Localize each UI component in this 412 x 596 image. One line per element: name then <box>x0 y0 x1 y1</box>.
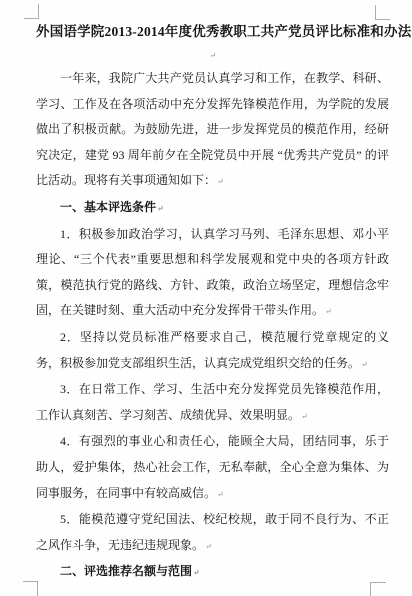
paragraph-mark-icon: ↵ <box>216 482 224 508</box>
paragraph-mark-icon: ↵ <box>324 299 332 325</box>
crop-mark-top-right <box>375 5 390 20</box>
document-paragraphs: 一年来，我院广大共产党员认真学习和工作，在教学、科研、学习、工作及在各项活动中充… <box>36 66 389 586</box>
paragraph-mark-icon: ↵ <box>204 534 212 560</box>
paragraph-mark-icon: ↵ <box>300 404 308 430</box>
document-page: 外国语学院2013-2014年度优秀教职工共产党员评比标准和办法 ↵ 一年来，我… <box>0 0 412 596</box>
paragraph-mark-icon: ↵ <box>360 352 368 378</box>
section-heading: 一、基本评选条件↵ <box>36 195 389 222</box>
document-text-area: 外国语学院2013-2014年度优秀教职工共产党员评比标准和办法 ↵ 一年来，我… <box>36 22 389 586</box>
paragraph: 1．积极参加政治学习，认真学习马列、毛泽东思想、邓小平理论、“三个代表”重要思想… <box>36 222 389 325</box>
paragraph-mark-icon: ↵ <box>209 44 217 68</box>
paragraph: 2．坚持以党员标准严格要求自己，模范履行党章规定的义务，积极参加党支部组织生活，… <box>36 325 389 377</box>
crop-mark-top-left <box>24 4 39 19</box>
document-title: 外国语学院2013-2014年度优秀教职工共产党员评比标准和办法 <box>36 22 389 42</box>
paragraph-mark-icon: ↵ <box>156 196 164 222</box>
paragraph-mark-icon: ↵ <box>192 560 200 586</box>
paragraph: 3．在日常工作、学习、生活中充分发挥党员先锋模范作用，工作认真刻苦、学习刻苦、成… <box>36 377 389 429</box>
paragraph: 一年来，我院广大共产党员认真学习和工作，在教学、科研、学习、工作及在各项活动中充… <box>36 66 389 195</box>
empty-paragraph: ↵ <box>36 42 389 66</box>
section-heading: 二、评选推荐名额与范围↵ <box>36 559 389 586</box>
paragraph-mark-icon: ↵ <box>216 169 224 195</box>
paragraph: 4．有强烈的事业心和责任心，能顾全大局，团结同事，乐于助人，爱护集体，热心社会工… <box>36 429 389 507</box>
paragraph: 5．能模范遵守党纪国法、校纪校规，敢于同不良行为、不正之风作斗争，无违纪违规现象… <box>36 507 389 559</box>
